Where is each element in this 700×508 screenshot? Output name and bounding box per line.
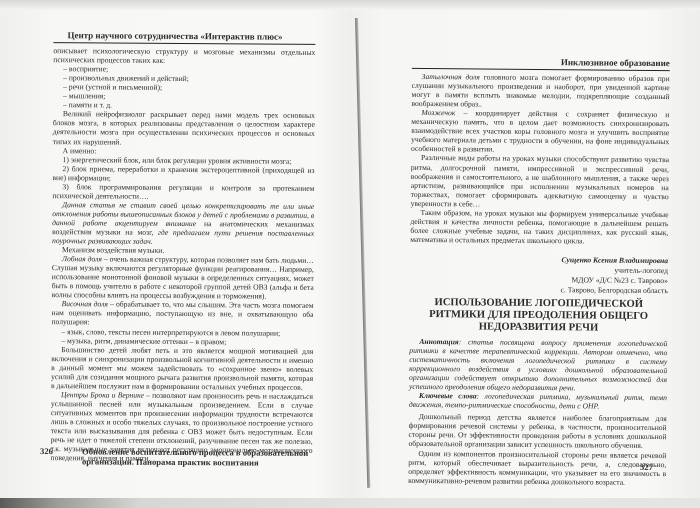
paragraph: Затылочная доля головного мозга помогает… xyxy=(411,72,669,110)
footer-title: Обновление воспитательного процесса в об… xyxy=(82,446,320,468)
paragraph: Дошкольный период детства является наибо… xyxy=(408,412,666,450)
page-number: 326 xyxy=(40,446,82,466)
article-title: ИСПОЛЬЗОВАНИЕ ЛОГОПЕДИЧЕСКОЙ РИТМИКИ ДЛЯ… xyxy=(409,297,667,335)
left-page: Центр научного сотрудничества «Интеракти… xyxy=(50,31,315,464)
annotation: Аннотация: статья посвящена вопросу прим… xyxy=(409,337,667,394)
paragraph: Одним из компонентов произносительной ст… xyxy=(408,448,666,486)
author-block: Сущенко Ксения Владимировна учитель-лого… xyxy=(410,254,668,296)
paragraph: Лобная доля – очень важная структуру, ко… xyxy=(52,254,314,301)
author-place: с. Таврово, Белгородская область xyxy=(410,284,668,296)
scan-bottom-edge xyxy=(0,498,700,508)
left-footer: 326 Обновление воспитательного процесса … xyxy=(40,446,320,468)
paragraph: Великий нейрофизиолог раскрывает перед н… xyxy=(53,109,315,147)
list-item: 3) блок программирования регуляции и кон… xyxy=(52,182,314,202)
page-number: 327 xyxy=(640,462,653,472)
scan-top-shadow xyxy=(0,0,700,10)
book-spine xyxy=(355,18,370,488)
right-running-head: Инклюзивное образование xyxy=(412,57,670,71)
paragraph: Большинство детей любят петь и это являе… xyxy=(51,345,313,392)
paragraph: Мозжечок – координирует действия с сохра… xyxy=(411,108,669,155)
paragraph: описывает психологическую структуру и мо… xyxy=(53,46,315,66)
list-item: 2) блок приема, переработки и хранения э… xyxy=(52,164,314,184)
book-spread: Центр научного сотрудничества «Интеракти… xyxy=(0,0,700,508)
paragraph: Таким образом, на уроках музыки мы форми… xyxy=(410,208,668,246)
keywords: Ключевые слова: логопедическая ритмика, … xyxy=(409,391,667,411)
right-page: Инклюзивное образование Затылочная доля … xyxy=(408,57,670,487)
left-running-head: Центр научного сотрудничества «Интеракти… xyxy=(53,31,315,45)
paragraph: Височная доля – обрабатывает то, что мы … xyxy=(51,299,313,328)
paragraph: Различные виды работы на уроках музыки с… xyxy=(411,153,669,210)
paragraph: Данная статья не ставит своей целью конк… xyxy=(52,200,314,247)
